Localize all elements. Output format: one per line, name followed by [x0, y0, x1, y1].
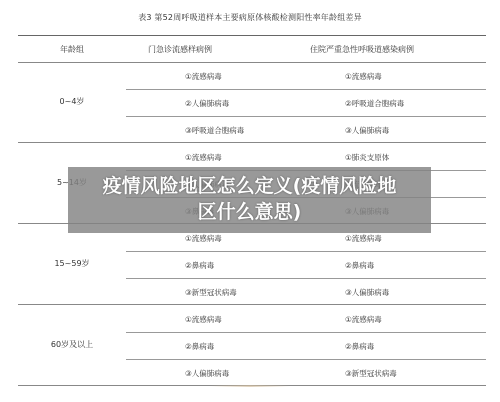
row-divider — [126, 116, 486, 117]
outpatient-cell: ③人偏肺病毒 — [185, 368, 229, 379]
outpatient-cell: ②鼻病毒 — [185, 341, 214, 352]
row-divider — [126, 359, 486, 360]
outpatient-cell: ②人偏肺病毒 — [185, 98, 229, 109]
age-group-15-59: 15~59岁 ①流感病毒 ①流感病毒 ②鼻病毒 ②鼻病毒 ③新型冠状病毒 ③人偏… — [18, 224, 486, 305]
caption-line-1: 疫情风险地区怎么定义(疫情风险地 — [68, 173, 431, 199]
age-group-60-plus: 60岁及以上 ①流感病毒 ①流感病毒 ②鼻病毒 ②鼻病毒 ③人偏肺病毒 ③新型冠… — [18, 305, 486, 386]
table-row: ③新型冠状病毒 ③人偏肺病毒 — [126, 278, 486, 305]
table-row: ①流感病毒 ①肺炎支原体 — [126, 143, 486, 170]
age-label: 15~59岁 — [18, 258, 126, 269]
table-row: ③呼吸道合胞病毒 ③人偏肺病毒 — [126, 116, 486, 143]
outpatient-cell: ①流感病毒 — [185, 233, 222, 244]
inpatient-cell: ②呼吸道合胞病毒 — [345, 98, 404, 109]
caption-line-2: 区什么意思) — [68, 199, 431, 225]
table-row: ①流感病毒 ①流感病毒 — [126, 62, 486, 89]
caption-overlay-text: 疫情风险地区怎么定义(疫情风险地 区什么意思) — [68, 167, 431, 233]
inpatient-cell: ①肺炎支原体 — [345, 152, 389, 163]
table-row: ②人偏肺病毒 ②呼吸道合胞病毒 — [126, 89, 486, 116]
inpatient-cell: ②鼻病毒 — [345, 260, 374, 271]
age-group-0-4: 0~4岁 ①流感病毒 ①流感病毒 ②人偏肺病毒 ②呼吸道合胞病毒 ③呼吸道合胞病… — [18, 62, 486, 143]
inpatient-cell: ①流感病毒 — [345, 314, 382, 325]
outpatient-cell: ③呼吸道合胞病毒 — [185, 125, 244, 136]
age-label: 60岁及以上 — [18, 339, 126, 350]
row-divider — [126, 278, 486, 279]
inpatient-cell: ③人偏肺病毒 — [345, 125, 389, 136]
row-divider — [126, 251, 486, 252]
row-divider — [126, 89, 486, 90]
outpatient-cell: ③新型冠状病毒 — [185, 287, 237, 298]
inpatient-cell: ③新型冠状病毒 — [345, 368, 397, 379]
inpatient-cell: ①流感病毒 — [345, 71, 382, 82]
inpatient-cell: ①流感病毒 — [345, 233, 382, 244]
decorative-bar — [210, 385, 290, 387]
outpatient-cell: ①流感病毒 — [185, 314, 222, 325]
row-divider — [126, 332, 486, 333]
inpatient-cell: ②鼻病毒 — [345, 341, 374, 352]
table-title: 表3 第52周呼吸道样本主要病原体核酸检测阳性率年龄组差异 — [0, 12, 500, 23]
table-row: ①流感病毒 ①流感病毒 — [126, 305, 486, 332]
header-outpatient: 门急诊流感样病例 — [148, 44, 308, 55]
age-label: 0~4岁 — [18, 96, 126, 107]
header-inpatient: 住院严重急性呼吸道感染病例 — [310, 44, 480, 55]
inpatient-cell: ③人偏肺病毒 — [345, 287, 389, 298]
outpatient-cell: ①流感病毒 — [185, 71, 222, 82]
header-age-group: 年龄组 — [18, 44, 126, 55]
table-row: ③人偏肺病毒 ③新型冠状病毒 — [126, 359, 486, 386]
table-row: ②鼻病毒 ②鼻病毒 — [126, 332, 486, 359]
outpatient-cell: ②鼻病毒 — [185, 260, 214, 271]
table-header: 年龄组 门急诊流感样病例 住院严重急性呼吸道感染病例 — [18, 36, 486, 62]
outpatient-cell: ①流感病毒 — [185, 152, 222, 163]
table-row: ②鼻病毒 ②鼻病毒 — [126, 251, 486, 278]
